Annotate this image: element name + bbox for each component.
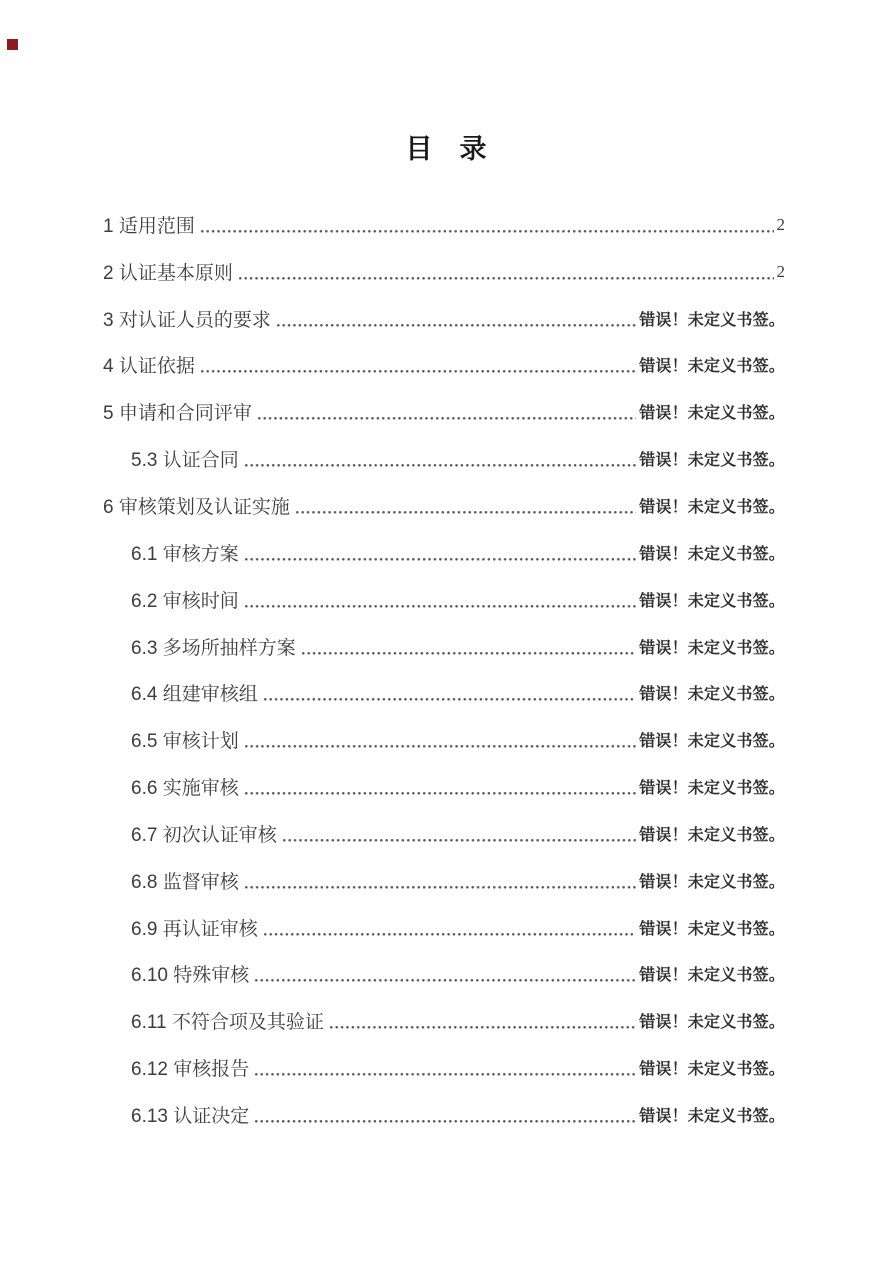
toc-error-text: 错误！未定义书签。: [639, 307, 785, 330]
toc-error-text: 错误！未定义书签。: [639, 916, 785, 939]
toc-entry[interactable]: 5.3 认证合同错误！未定义书签。: [103, 435, 785, 482]
toc-entry-label: 4 认证依据: [103, 351, 195, 378]
toc-entry-label: 6.3 多场所抽样方案: [131, 633, 296, 660]
toc-entry-label: 6.5 审核计划: [131, 726, 239, 753]
toc-error-text: 错误！未定义书签。: [639, 1103, 785, 1126]
toc-entry[interactable]: 6.8 监督审核错误！未定义书签。: [103, 857, 785, 904]
toc-entry[interactable]: 6.11 不符合项及其验证错误！未定义书签。: [103, 997, 785, 1044]
dot-leader: [264, 698, 636, 701]
toc-entry[interactable]: 6.5 审核计划错误！未定义书签。: [103, 716, 785, 763]
dot-leader: [245, 745, 636, 748]
toc-entry[interactable]: 5 申请和合同评审错误！未定义书签。: [103, 388, 785, 435]
toc-entry[interactable]: 6.3 多场所抽样方案错误！未定义书签。: [103, 623, 785, 670]
dot-leader: [255, 1073, 636, 1076]
dot-leader: [245, 464, 636, 467]
document-page: 目 录 1 适用范围22 认证基本原则23 对认证人员的要求错误！未定义书签。4…: [0, 0, 892, 1262]
toc-entry[interactable]: 2 认证基本原则2: [103, 248, 785, 295]
corner-red-mark: [7, 39, 18, 50]
toc-entry-label: 5.3 认证合同: [131, 445, 239, 472]
dot-leader: [264, 933, 636, 936]
toc-error-text: 错误！未定义书签。: [639, 541, 785, 564]
toc-entry-label: 6.2 审核时间: [131, 586, 239, 613]
toc-error-text: 错误！未定义书签。: [639, 400, 785, 423]
dot-leader: [245, 558, 636, 561]
toc-entry[interactable]: 4 认证依据错误！未定义书签。: [103, 342, 785, 389]
dot-leader: [296, 511, 636, 514]
toc-error-text: 错误！未定义书签。: [639, 447, 785, 470]
toc-entry-label: 6.6 实施审核: [131, 773, 239, 800]
dot-leader: [239, 277, 774, 280]
toc-entry-label: 6.8 监督审核: [131, 867, 239, 894]
toc-entry-label: 6 审核策划及认证实施: [103, 492, 290, 519]
toc-entry[interactable]: 6.4 组建审核组错误！未定义书签。: [103, 669, 785, 716]
dot-leader: [330, 1026, 636, 1029]
toc-error-text: 错误！未定义书签。: [639, 588, 785, 611]
toc-error-text: 错误！未定义书签。: [639, 1056, 785, 1079]
toc-entry[interactable]: 6 审核策划及认证实施错误！未定义书签。: [103, 482, 785, 529]
dot-leader: [255, 1120, 636, 1123]
dot-leader: [245, 886, 636, 889]
toc-entry-label: 5 申请和合同评审: [103, 398, 252, 425]
toc-entry[interactable]: 6.2 审核时间错误！未定义书签。: [103, 576, 785, 623]
toc-error-text: 错误！未定义书签。: [639, 775, 785, 798]
dot-leader: [283, 839, 636, 842]
toc-entry-label: 6.10 特殊审核: [131, 960, 249, 987]
toc-error-text: 错误！未定义书签。: [639, 494, 785, 517]
toc-entry-label: 6.1 审核方案: [131, 539, 239, 566]
toc-entry[interactable]: 3 对认证人员的要求错误！未定义书签。: [103, 295, 785, 342]
toc-error-text: 错误！未定义书签。: [639, 1009, 785, 1032]
toc-page-number: 2: [777, 262, 786, 282]
dot-leader: [258, 417, 636, 420]
toc-entry[interactable]: 6.12 审核报告错误！未定义书签。: [103, 1044, 785, 1091]
toc-entry[interactable]: 1 适用范围2: [103, 201, 785, 248]
toc-error-text: 错误！未定义书签。: [639, 728, 785, 751]
toc-error-text: 错误！未定义书签。: [639, 962, 785, 985]
toc-entry-label: 6.9 再认证审核: [131, 914, 258, 941]
toc-entry-label: 1 适用范围: [103, 211, 195, 238]
toc-entry[interactable]: 6.7 初次认证审核错误！未定义书签。: [103, 810, 785, 857]
toc-entry-label: 6.12 审核报告: [131, 1054, 249, 1081]
toc-entry-label: 6.7 初次认证审核: [131, 820, 277, 847]
toc-entry[interactable]: 6.1 审核方案错误！未定义书签。: [103, 529, 785, 576]
toc-entry[interactable]: 6.9 再认证审核错误！未定义书签。: [103, 904, 785, 951]
page-title: 目 录: [0, 133, 892, 165]
toc-entry-label: 2 认证基本原则: [103, 258, 233, 285]
toc-entry-label: 6.4 组建审核组: [131, 679, 258, 706]
toc-page-number: 2: [777, 215, 786, 235]
toc-entry[interactable]: 6.13 认证决定错误！未定义书签。: [103, 1091, 785, 1138]
toc-error-text: 错误！未定义书签。: [639, 681, 785, 704]
toc-entry[interactable]: 6.6 实施审核错误！未定义书签。: [103, 763, 785, 810]
toc-error-text: 错误！未定义书签。: [639, 822, 785, 845]
toc-entry-label: 6.13 认证决定: [131, 1101, 249, 1128]
table-of-contents: 1 适用范围22 认证基本原则23 对认证人员的要求错误！未定义书签。4 认证依…: [103, 201, 785, 1138]
dot-leader: [201, 230, 774, 233]
dot-leader: [302, 652, 636, 655]
dot-leader: [277, 324, 636, 327]
toc-entry-label: 3 对认证人员的要求: [103, 305, 271, 332]
dot-leader: [201, 370, 636, 373]
dot-leader: [255, 979, 636, 982]
toc-error-text: 错误！未定义书签。: [639, 353, 785, 376]
toc-error-text: 错误！未定义书签。: [639, 635, 785, 658]
toc-entry[interactable]: 6.10 特殊审核错误！未定义书签。: [103, 951, 785, 998]
toc-error-text: 错误！未定义书签。: [639, 869, 785, 892]
dot-leader: [245, 792, 636, 795]
toc-entry-label: 6.11 不符合项及其验证: [131, 1007, 324, 1034]
dot-leader: [245, 605, 636, 608]
